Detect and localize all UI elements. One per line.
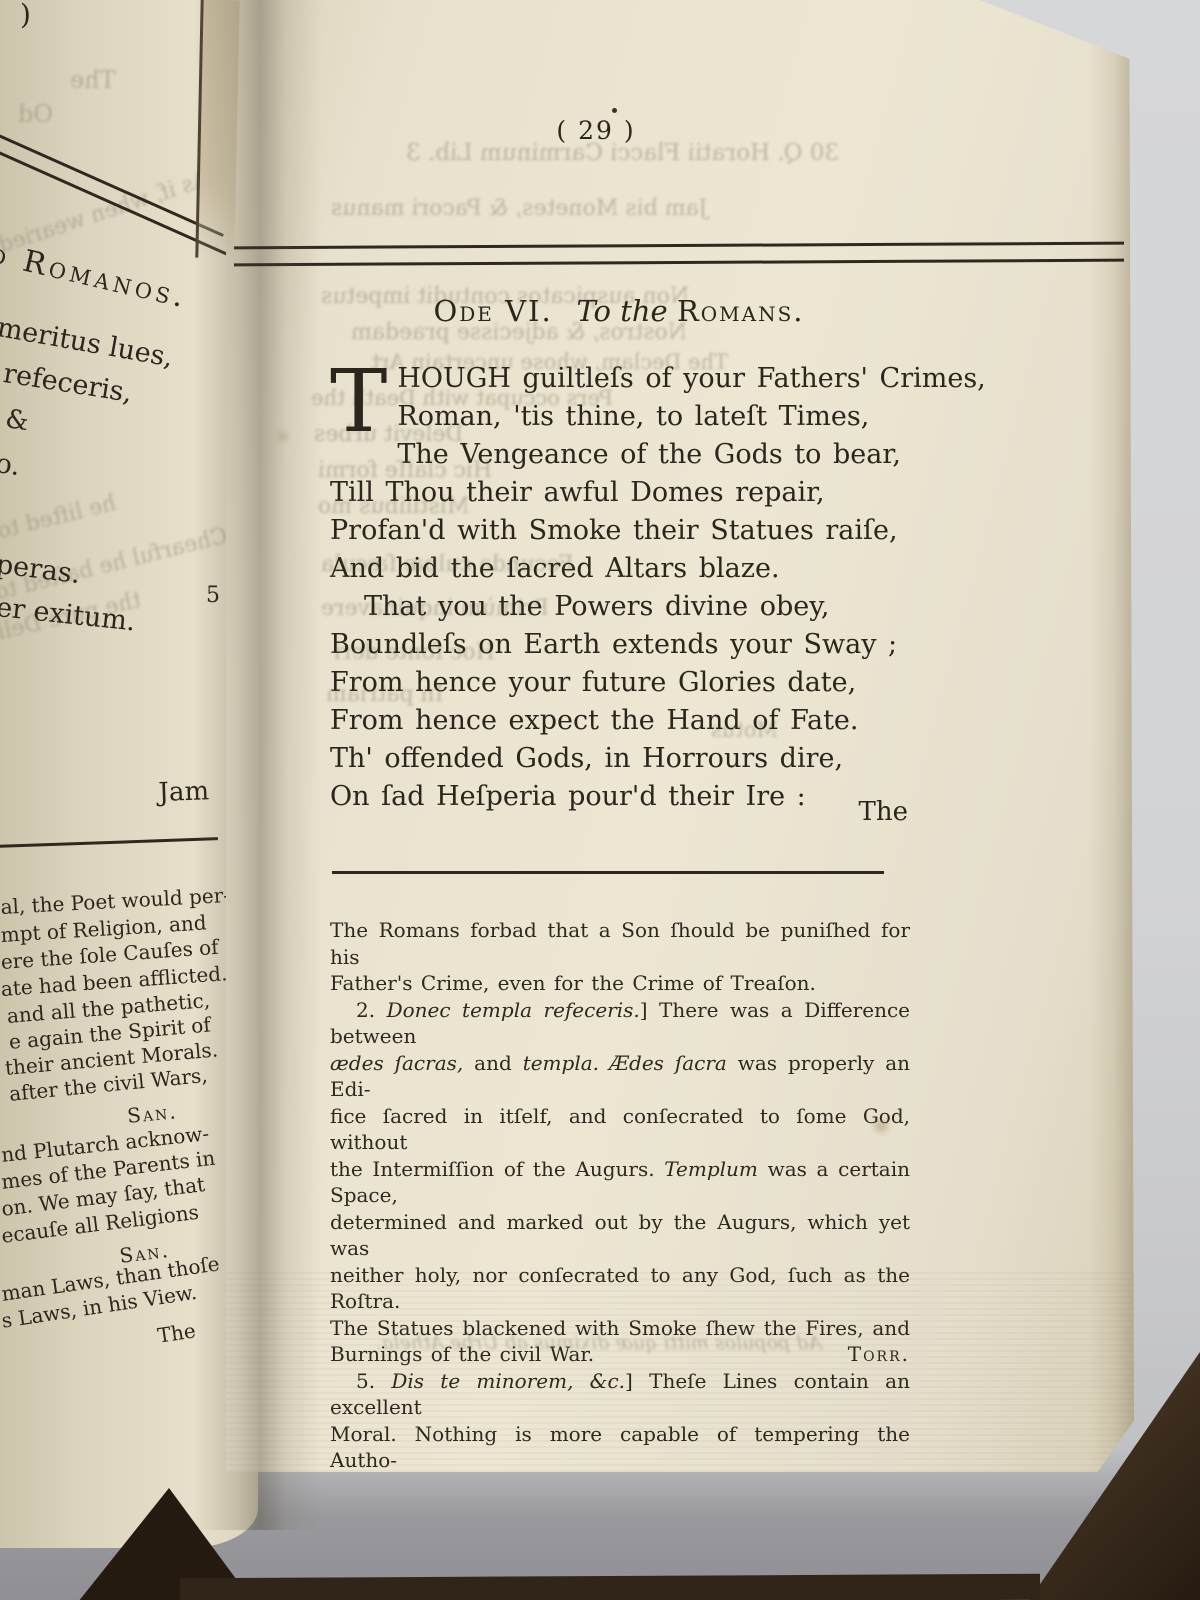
verse-fragment: o.	[0, 448, 22, 482]
verse-line-number: 5	[206, 583, 220, 608]
footnote-line: Burnings of the civil War.Torr.	[330, 1341, 910, 1368]
footnote-latin: Ædes ſacra	[609, 1051, 727, 1075]
footnote-rule	[0, 837, 218, 848]
poem-line: From hence expect the Hand of Fate.	[330, 702, 930, 740]
ode-number: Ode VI.	[433, 294, 552, 328]
footnote-line: 2. Donec templa refeceris.] There was a …	[330, 997, 910, 1050]
book-board-bottom-edge	[180, 1574, 1040, 1600]
poem-line: That you the Powers divine obey,	[330, 588, 930, 626]
footnote-line: Moral. Nothing is more capable of temper…	[330, 1421, 910, 1474]
footnote-line: neither holy, nor conſecrated to any God…	[330, 1262, 910, 1315]
poem-line: Profan'd with Smoke their Statues raiſe,	[330, 512, 930, 550]
poem-line: The Vengeance of the Gods to bear,	[330, 436, 930, 474]
footnote-text: Burnings of the civil War.	[330, 1341, 594, 1368]
footnote-lemma: Dis te minorem, &c.	[391, 1369, 625, 1393]
ink-speck	[612, 108, 617, 113]
footnote-line: The Romans forbad that a Son ſhould be p…	[330, 917, 910, 970]
page-number-fragment: )	[20, 0, 31, 31]
footnote-line: The Statues blackened with Smoke ſhew th…	[330, 1315, 910, 1342]
footnote-line: the Intermiſſion of the Augurs. Templum …	[330, 1156, 910, 1209]
page-block-edge	[195, 0, 239, 258]
footnote-line: Father's Crime, even for the Crime of Tr…	[330, 970, 910, 997]
footnote-latin: templa.	[523, 1051, 599, 1075]
footnote-line: 5. Dis te minorem, &c.] Theſe Lines cont…	[330, 1368, 910, 1421]
catchword: The	[156, 1318, 197, 1347]
verse-fragment: refeceris,	[1, 358, 134, 409]
poem-line: HOUGH guiltleſs of your Fathers' Crimes,	[330, 360, 930, 398]
catchword: The	[330, 797, 908, 827]
footnote-line: fice ſacred in itſelf, and conſecrated t…	[330, 1103, 910, 1156]
footnote-rule	[332, 871, 884, 874]
showthrough-text: Jam bis Monetes, & Pacori manus	[331, 196, 708, 221]
showthrough-text: he lifted to	[0, 491, 119, 545]
poem-line: Till Thou their awful Domes repair,	[330, 474, 930, 512]
poem-line: From hence your future Glories date,	[330, 664, 930, 702]
footnote-lemma: Donec templa refeceris.	[387, 998, 640, 1022]
poem-line: Roman, 'tis thine, to lateſt Times,	[330, 398, 930, 436]
footnote-attribution: Torr.	[848, 1341, 910, 1368]
foxing-spot	[874, 1120, 888, 1132]
header-rule	[234, 259, 1124, 267]
ode-title-fragment: d Romanos.	[0, 236, 191, 316]
drop-cap: T	[330, 366, 387, 438]
footnote-line: determined and marked out by the Augurs,…	[330, 1209, 910, 1262]
footnote-line: ædes ſacras, and templa.Ædes ſacra was p…	[330, 1050, 910, 1103]
showthrough-text: The	[70, 66, 116, 94]
footnote-number: 5.	[330, 1369, 391, 1393]
stanza-2: That you the Powers divine obey, Boundle…	[330, 588, 930, 816]
stanza-1: T HOUGH guiltleſs of your Fathers' Crime…	[330, 360, 930, 588]
footnote-text: the Intermiſſion of the Augurs.	[330, 1157, 664, 1181]
footnote-number: 2.	[330, 998, 387, 1022]
footnote-attribution: San.	[126, 1099, 178, 1128]
poem-line: Boundleſs on Earth extends your Sway ;	[330, 626, 930, 664]
foxing-spot	[278, 432, 288, 441]
ode-dedicatee: Romans.	[677, 294, 805, 328]
book-photograph: { "right_page": { "page_number": "( 29 )…	[0, 0, 1200, 1600]
poem-line: And bid the ſacred Altars blaze.	[330, 550, 930, 588]
right-page: 30 Q. Horatii Flacci Carminum Lib. 3 Jam…	[226, 0, 1134, 1472]
header-rule	[234, 242, 1124, 250]
footnote-latin: Templum	[664, 1157, 758, 1181]
ode-title: Ode VI. To the Romans.	[330, 294, 908, 328]
ode-dedication-connector: To the	[576, 294, 667, 328]
page-number: ( 29 )	[306, 116, 886, 145]
poem-line: Th' offended Gods, in Horrours dire,	[330, 740, 930, 778]
footnote-text: and	[463, 1051, 522, 1075]
showthrough-text: Od	[18, 100, 53, 128]
footnote-latin: ædes ſacras,	[330, 1051, 463, 1075]
verse-fragment: &	[3, 404, 31, 437]
fore-edge-shading	[1088, 40, 1134, 1472]
catchword: Jam	[158, 776, 210, 808]
